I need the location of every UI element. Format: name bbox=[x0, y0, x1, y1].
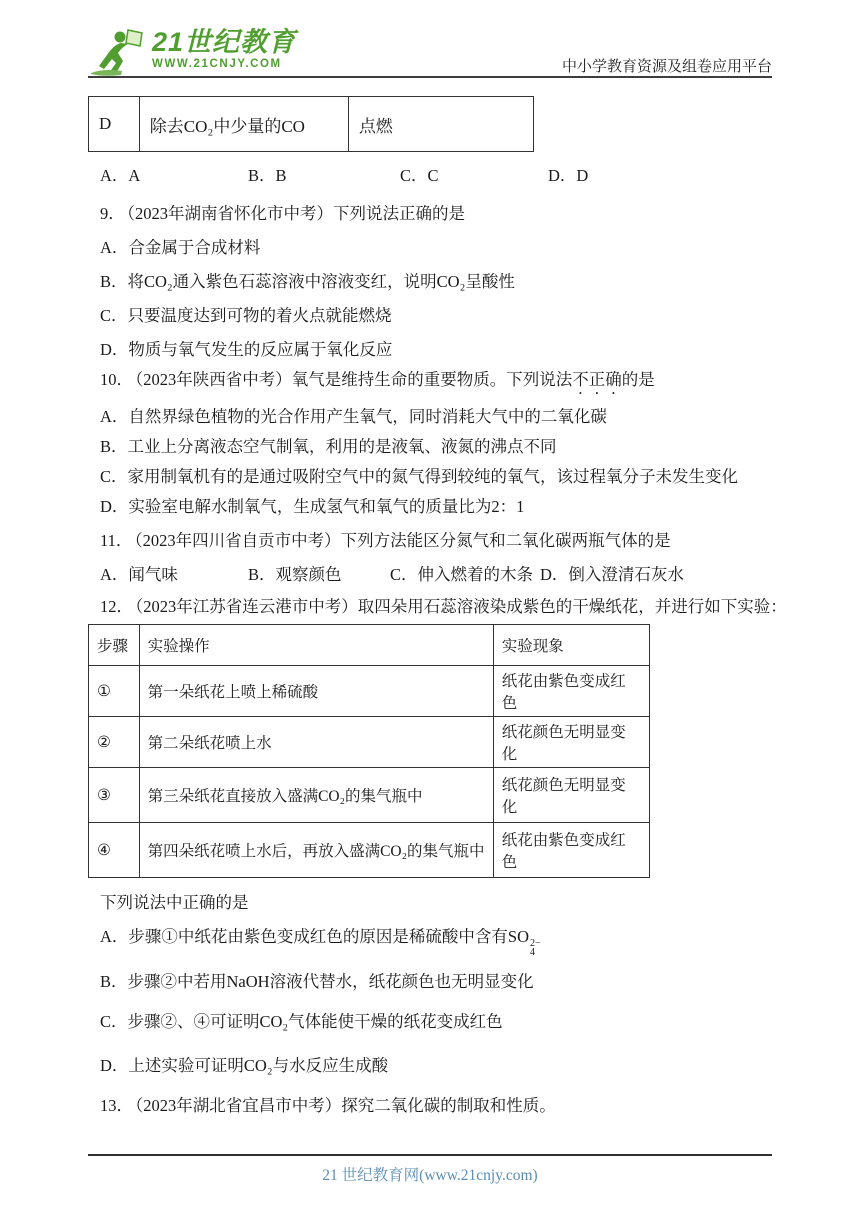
question-11-number: 11． bbox=[100, 531, 132, 550]
cell-observation: 纸花由紫色变成红色 bbox=[493, 823, 649, 878]
question-9-option-d: D．物质与氧气发生的反应属于氧化反应 bbox=[88, 339, 772, 361]
question-11-options-row: A．闻气味 B．观察颜色 C．伸入燃着的木条 D．倒入澄清石灰水 bbox=[88, 564, 772, 586]
brand-url: WWW.21CNJY.COM bbox=[152, 58, 296, 71]
cell-step: ② bbox=[89, 717, 140, 768]
emphasized-text: 不正确 bbox=[572, 370, 622, 389]
question-9-stem: 9．（2023年湖南省怀化市中考）下列说法正确的是 bbox=[88, 203, 772, 225]
question-12-option-c: C．步骤②、④可证明CO₂气体能使干燥的纸花变成红色 bbox=[88, 1011, 772, 1033]
question-9-number: 9． bbox=[100, 204, 125, 223]
question-10-option-c: C．家用制氧机有的是通过吸附空气中的氮气得到较纯的氧气，该过程氧分子未发生变化 bbox=[88, 466, 772, 488]
answer-choices-row: A．A B．B C．C D．D bbox=[88, 165, 772, 187]
cell-step: ① bbox=[89, 666, 140, 717]
cell-operation: 第三朵纸花直接放入盛满CO₂的集气瓶中 bbox=[139, 768, 493, 823]
question-10-option-a: A．自然界绿色植物的光合作用产生氧气，同时消耗大气中的二氧化碳 bbox=[88, 406, 772, 428]
experiment-row-3: ③ 第三朵纸花直接放入盛满CO₂的集气瓶中 纸花颜色无明显变化 bbox=[89, 768, 650, 823]
question-12-stem: 12．（2023年江苏省连云港市中考）取四朵用石蕊溶液染成紫色的干燥纸花，并进行… bbox=[88, 596, 772, 618]
choice-b: B．B bbox=[248, 165, 287, 187]
document-body: D 除去CO₂中少量的CO 点燃 A．A B．B C．C D．D 9．（2023… bbox=[88, 96, 772, 1117]
question-9-option-b: B．将CO₂通入紫色石蕊溶液中溶液变红，说明CO₂呈酸性 bbox=[88, 271, 772, 293]
header-observation: 实验现象 bbox=[493, 625, 649, 666]
cell-observation: 纸花由紫色变成红色 bbox=[493, 666, 649, 717]
chem-formula-scripts: 2−4 bbox=[530, 939, 541, 957]
question-10-option-b: B．工业上分离液态空气制氧，利用的是液氧、液氮的沸点不同 bbox=[88, 436, 772, 458]
table-row: D 除去CO₂中少量的CO 点燃 bbox=[89, 97, 534, 152]
question-10-stem: 10．（2023年陕西省中考）氧气是维持生命的重要物质。下列说法不正确的是 bbox=[88, 369, 772, 398]
footer-divider bbox=[88, 1154, 772, 1156]
experiment-row-1: ① 第一朵纸花上喷上稀硫酸 纸花由紫色变成红色 bbox=[89, 666, 650, 717]
cell-observation: 纸花颜色无明显变化 bbox=[493, 717, 649, 768]
brand-logo: 21世纪教育 WWW.21CNJY.COM bbox=[90, 28, 296, 83]
table-cell-operation: 除去CO₂中少量的CO bbox=[139, 97, 348, 152]
platform-tagline: 中小学教育资源及组卷应用平台 bbox=[562, 55, 772, 76]
question-10-option-d: D．实验室电解水制氧气，生成氢气和氧气的质量比为2：1 bbox=[88, 496, 772, 518]
choice-d: D．D bbox=[548, 165, 588, 187]
question-11-option-a: A．闻气味 bbox=[100, 564, 178, 586]
cell-step: ④ bbox=[89, 823, 140, 878]
question-11-option-c: C．伸入燃着的木条 bbox=[390, 564, 533, 586]
cell-observation: 纸花颜色无明显变化 bbox=[493, 768, 649, 823]
experiment-row-2: ② 第二朵纸花喷上水 纸花颜色无明显变化 bbox=[89, 717, 650, 768]
question-12-number: 12． bbox=[100, 597, 133, 616]
cell-step: ③ bbox=[89, 768, 140, 823]
question-9-option-a: A．合金属于合成材料 bbox=[88, 237, 772, 259]
purification-method-table: D 除去CO₂中少量的CO 点燃 bbox=[88, 96, 534, 152]
experiment-table: 步骤 实验操作 实验现象 ① 第一朵纸花上喷上稀硫酸 纸花由紫色变成红色 ② 第… bbox=[88, 624, 650, 878]
brand-name: 21世纪教育 bbox=[152, 28, 296, 56]
question-11-stem: 11．（2023年四川省自贡市中考）下列方法能区分氮气和二氧化碳两瓶气体的是 bbox=[88, 530, 772, 552]
experiment-row-4: ④ 第四朵纸花喷上水后，再放入盛满CO₂的集气瓶中 纸花由紫色变成红色 bbox=[89, 823, 650, 878]
question-9-option-c: C．只要温度达到可物的着火点就能燃烧 bbox=[88, 305, 772, 327]
header-step: 步骤 bbox=[89, 625, 140, 666]
page-header: 21世纪教育 WWW.21CNJY.COM 中小学教育资源及组卷应用平台 bbox=[88, 26, 772, 76]
runner-logo-icon bbox=[90, 28, 146, 83]
question-13-stem: 13．（2023年湖北省宜昌市中考）探究二氧化碳的制取和性质。 bbox=[88, 1095, 772, 1117]
choice-a: A．A bbox=[100, 165, 140, 187]
logo-text: 21世纪教育 WWW.21CNJY.COM bbox=[152, 28, 296, 71]
footer-site-link: 21 世纪教育网(www.21cnjy.com) bbox=[0, 1163, 860, 1185]
cell-operation: 第二朵纸花喷上水 bbox=[139, 717, 493, 768]
document-page: 21世纪教育 WWW.21CNJY.COM 中小学教育资源及组卷应用平台 D 除… bbox=[0, 0, 860, 1216]
question-12-option-d: D．上述实验可证明CO₂与水反应生成酸 bbox=[88, 1055, 772, 1077]
table-cell-label: D bbox=[89, 97, 140, 152]
choice-c: C．C bbox=[400, 165, 439, 187]
question-10-number: 10． bbox=[100, 370, 133, 389]
subscript: 4 bbox=[530, 948, 541, 957]
question-12-option-b: B．步骤②中若用NaOH溶液代替水，纸花颜色也无明显变化 bbox=[88, 971, 772, 993]
cell-operation: 第四朵纸花喷上水后，再放入盛满CO₂的集气瓶中 bbox=[139, 823, 493, 878]
question-11-option-b: B．观察颜色 bbox=[248, 564, 342, 586]
cell-operation: 第一朵纸花上喷上稀硫酸 bbox=[139, 666, 493, 717]
header-operation: 实验操作 bbox=[139, 625, 493, 666]
chem-formula: SO bbox=[508, 927, 529, 946]
question-12-option-a: A．步骤①中纸花由紫色变成红色的原因是稀硫酸中含有SO2−4 bbox=[88, 926, 772, 957]
question-12-followup: 下列说法中正确的是 bbox=[88, 892, 772, 914]
question-11-option-d: D．倒入澄清石灰水 bbox=[540, 564, 684, 586]
question-13-number: 13． bbox=[100, 1096, 133, 1115]
header-divider bbox=[88, 76, 772, 78]
table-cell-method: 点燃 bbox=[348, 97, 533, 152]
experiment-table-header: 步骤 实验操作 实验现象 bbox=[89, 625, 650, 666]
